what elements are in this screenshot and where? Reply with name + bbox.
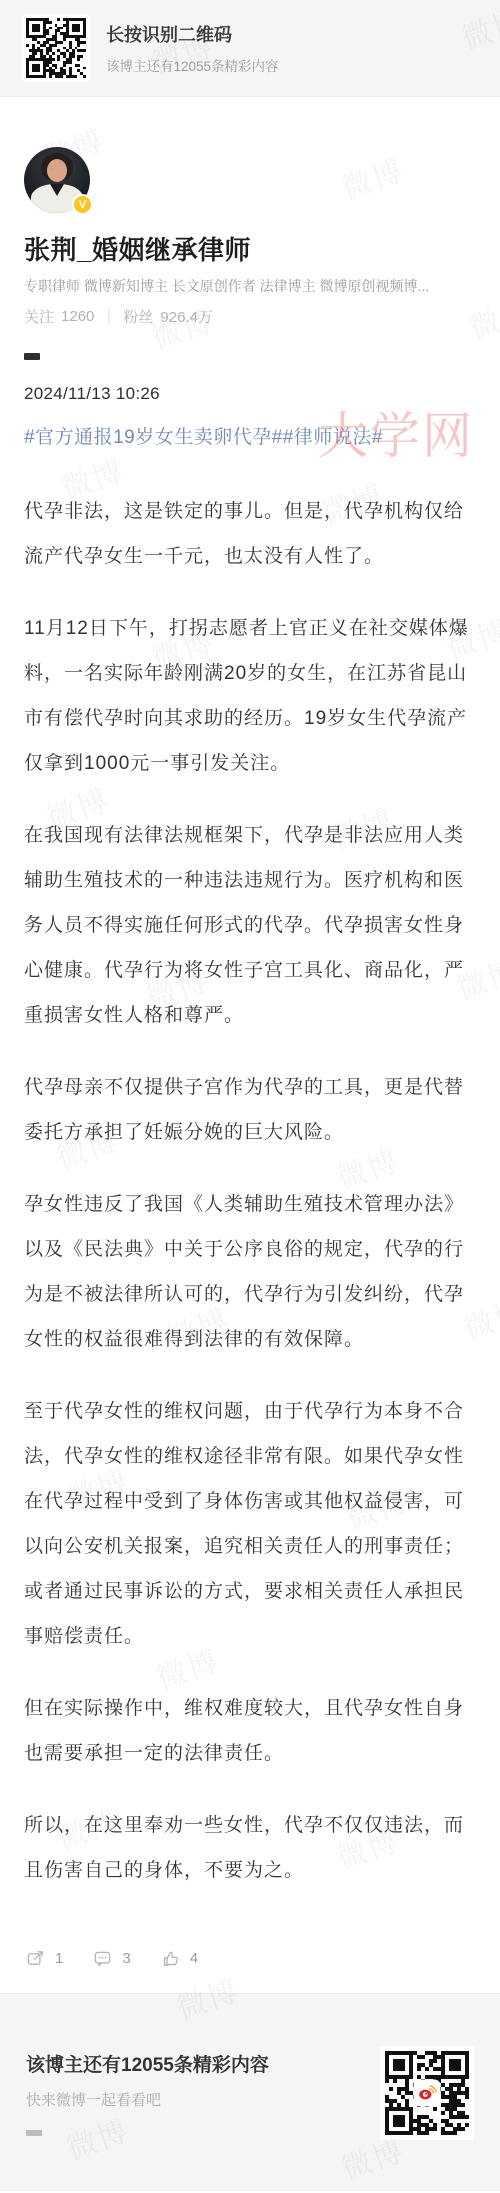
stats-separator: ｜ — [101, 306, 116, 327]
action-bar: 1 3 4 — [0, 1949, 500, 1968]
footer-title: 该博主还有12055条精彩内容 — [26, 2050, 269, 2077]
footer-subtitle: 快来微博一起看看吧 — [26, 2089, 269, 2110]
verified-badge-icon: V — [72, 194, 93, 215]
following-label: 关注 — [24, 306, 54, 327]
post-body: 2024/11/13 10:26 #官方通报19岁女生卖卵代孕##律师说法# 代… — [0, 384, 500, 1893]
following-count: 1260 — [61, 308, 94, 325]
share-banner-title: 长按识别二维码 — [106, 21, 279, 47]
speech-bubble-icon — [93, 1949, 112, 1968]
like-count: 4 — [190, 1950, 198, 1967]
paragraph: 所以，在这里奉劝一些女性，代孕不仅仅违法，而且伤害自己的身体，不要为之。 — [24, 1803, 476, 1893]
paragraph: 11月12日下午，打拐志愿者上官正义在社交媒体爆料，一名实际年龄刚满20岁的女生… — [24, 606, 476, 786]
followers-label: 粉丝 — [123, 306, 153, 327]
like-button[interactable]: 4 — [161, 1949, 198, 1968]
profile-stats: 关注 1260 ｜ 粉丝 926.4万 — [24, 306, 476, 327]
paragraph: 孕女性违反了我国《人类辅助生殖技术管理办法》以及《民法典》中关于公序良俗的规定，… — [24, 1182, 476, 1362]
comment-count: 3 — [122, 1950, 130, 1967]
followers-count: 926.4万 — [160, 306, 213, 327]
repost-count: 1 — [55, 1950, 63, 1967]
qr-code-large — [380, 2046, 474, 2140]
qr-code-small — [22, 14, 90, 82]
paragraph: 但在实际操作中，维权难度较大，且代孕女性自身也需要承担一定的法律责任。 — [24, 1686, 476, 1776]
post-hashtags[interactable]: #官方通报19岁女生卖卵代孕##律师说法# — [24, 422, 476, 449]
profile-name[interactable]: 张荆_婚姻继承律师 — [24, 230, 476, 267]
repost-button[interactable]: 1 — [26, 1949, 63, 1968]
share-banner-subtitle: 该博主还有12055条精彩内容 — [106, 55, 279, 75]
weibo-share-page: 长按识别二维码 该博主还有12055条精彩内容 V 张荆_婚姻继承律师 专职律师… — [0, 0, 500, 2193]
forward-arrow-icon — [26, 1949, 45, 1968]
footer-banner: 该博主还有12055条精彩内容 快来微博一起看看吧 — [0, 1993, 500, 2191]
post-timestamp: 2024/11/13 10:26 — [24, 384, 476, 404]
share-banner-text: 长按识别二维码 该博主还有12055条精彩内容 — [106, 21, 279, 75]
weibo-logo-icon — [414, 2079, 441, 2106]
profile-verified-tags: 专职律师 微博新知博主 长文原创作者 法律博主 微博原创视频博... — [24, 276, 476, 296]
collapsed-dash — [24, 353, 40, 360]
qr-pattern — [26, 18, 86, 78]
footer-dash — [26, 2130, 42, 2136]
post-article: 代孕非法，这是铁定的事儿。但是，代孕机构仅给流产代孕女生一千元，也太没有人性了。… — [24, 489, 476, 1893]
comment-button[interactable]: 3 — [93, 1949, 130, 1968]
paragraph: 代孕母亲不仅提供子宫作为代孕的工具，更是代替委托方承担了妊娠分娩的巨大风险。 — [24, 1065, 476, 1155]
paragraph: 代孕非法，这是铁定的事儿。但是，代孕机构仅给流产代孕女生一千元，也太没有人性了。 — [24, 489, 476, 579]
avatar[interactable]: V — [24, 147, 90, 213]
avatar-collar — [50, 184, 64, 196]
paragraph: 在我国现有法律法规框架下，代孕是非法应用人类辅助生殖技术的一种违法违规行为。医疗… — [24, 813, 476, 1038]
avatar-face — [47, 159, 67, 182]
profile-section: V 张荆_婚姻继承律师 专职律师 微博新知博主 长文原创作者 法律博主 微博原创… — [0, 97, 500, 360]
share-banner: 长按识别二维码 该博主还有12055条精彩内容 — [0, 0, 500, 97]
footer-text: 该博主还有12055条精彩内容 快来微博一起看看吧 — [26, 2050, 269, 2136]
thumbs-up-icon — [161, 1949, 180, 1968]
paragraph: 至于代孕女性的维权问题，由于代孕行为本身不合法，代孕女性的维权途径非常有限。如果… — [24, 1389, 476, 1659]
